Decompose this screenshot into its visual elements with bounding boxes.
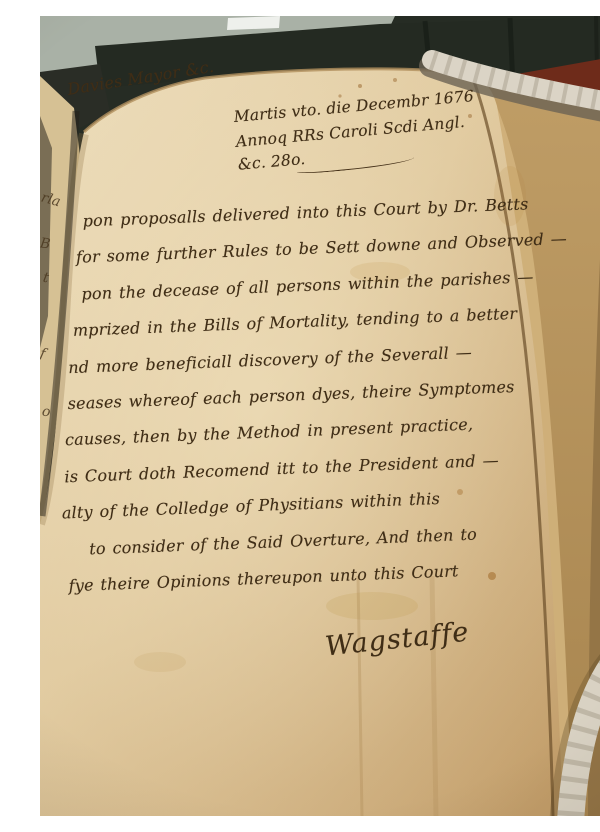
court-order-text: pon proposalls delivered into this Court… — [68, 186, 553, 604]
fox-spot — [338, 94, 341, 97]
fox-spot — [393, 78, 397, 82]
fox-spot — [358, 84, 362, 88]
white-paper-strip — [227, 16, 280, 30]
stain — [134, 652, 186, 672]
manuscript-photo: Davies Mayor &c. Martis vto. die Decembr… — [40, 16, 600, 816]
stain — [326, 592, 418, 620]
